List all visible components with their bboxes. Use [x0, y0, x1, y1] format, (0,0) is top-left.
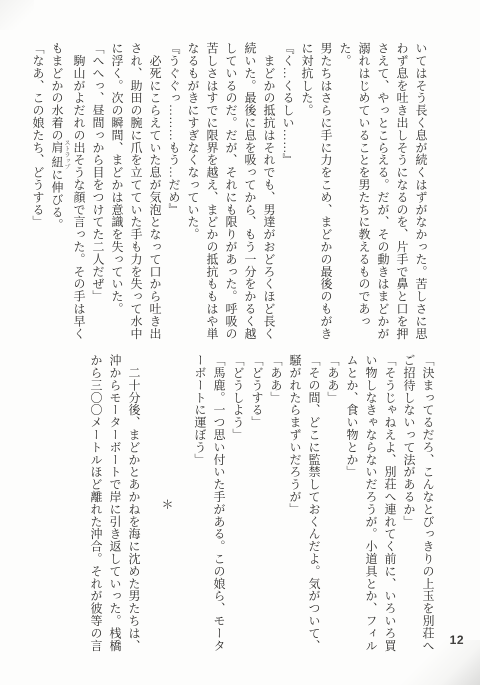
dialogue-line: 「どうする」 — [247, 354, 266, 654]
text-line: から三〇〇メートルほど離れた沖合。それが彼等の言 — [86, 354, 105, 654]
ruby-base-text: 肩紐 — [50, 140, 64, 170]
dialogue-bottom-block: 「決まってるだろ、こんなとびっきりの上玉を別荘へ ご招待しないって法があるか」 … — [86, 354, 437, 654]
text-line: に浮く。次の瞬間、まどかは意識を失っていた。 — [107, 42, 126, 350]
dialogue-line: い物しなきゃならないだろうが。小道具とか、フィル — [361, 354, 380, 654]
dialogue-line: 「どうしよう」 — [228, 354, 247, 654]
text-line: 溺れはじめていることを男たちに教えるものであった。 — [335, 42, 373, 350]
dialogue-line: 「その間、どこに監禁しておくんだよ。気がついて、 — [304, 354, 323, 654]
text-line: わず息を吐き出しそうになるのを、片手で鼻と口を押 — [392, 42, 411, 350]
text-line: 沖からモーターボートで岸に引き返していった。桟橋 — [105, 354, 124, 654]
furigana-text: ストラップ — [63, 140, 69, 170]
dialogue-line: 「なあ、この娘たち、どうする」 — [28, 42, 47, 350]
dialogue-line: ーボートに運ぼう」 — [190, 354, 209, 654]
scan-smudge — [0, 0, 34, 30]
ruby-annotation: 肩紐ストラップ — [50, 141, 64, 168]
dialogue-line: 「ああ」 — [266, 354, 285, 654]
scanned-page: いてはそう長く息が続くはずがなかった。苦しさに思 わず息を吐き出しそうになるのを… — [0, 0, 480, 685]
text-line: 二十分後、まどかとあかねを海に沈めた男たちは、 — [124, 354, 143, 654]
text-line: 駒山がよだれの出そうな顔で言った。その手は早く — [69, 42, 88, 350]
narrative-top-block: いてはそう長く息が続くはずがなかった。苦しさに思 わず息を吐き出しそうになるのを… — [28, 42, 430, 350]
text-line: され、助田の腕に爪を立てていた手も力を失って水中 — [126, 42, 145, 350]
text-line: 男たちはさらに手に力をこめ、まどかの最後のもがき — [316, 42, 335, 350]
text-line: なるもがきにすぎなくなっていた。 — [183, 42, 202, 350]
text-line-with-ruby: もまどかの水着の肩紐ストラップに伸びる。 — [47, 42, 69, 350]
text-line: に対抗した。 — [297, 42, 316, 350]
text-line: まどかの抵抗はそれでも、男達がおどろくほど長く — [259, 42, 278, 350]
text-line: 必死にこらえていた息が気泡となって口から吐き出 — [145, 42, 164, 350]
ruby-after-text: に伸びる。 — [50, 169, 64, 231]
dialogue-line: 「へへっ、昼間っから目をつけてた二人だぜ」 — [88, 42, 107, 350]
dialogue-line: 「ああ」 — [323, 354, 342, 654]
dialogue-line: ムとか、食い物とか」 — [342, 354, 361, 654]
dialogue-line: 「馬鹿。一つ思い付いた手がある。この娘ら、モータ — [209, 354, 228, 654]
dialogue-line: 『うぐぐっ………もう…だめ』 — [164, 42, 183, 350]
text-line: 苦しさはすでに限界を越え、まどかの抵抗ももはや単 — [202, 42, 221, 350]
ruby-before-text: もまどかの水着の — [50, 42, 64, 141]
dialogue-line: ご招待しないって法があるか」 — [399, 354, 418, 654]
text-line: 続いた。最後に息を吸ってから、もう一分をかるく越 — [240, 42, 259, 350]
dialogue-line: 『く…くるしい……』 — [278, 42, 297, 350]
dialogue-line: 「決まってるだろ、こんなとびっきりの上玉を別荘へ — [418, 354, 437, 654]
text-line: いてはそう長く息が続くはずがなかった。苦しさに思 — [411, 42, 430, 350]
text-line: さえて、やっとこらえる。だが、その動きはまどかが — [373, 42, 392, 350]
dialogue-line: 騒がれたらまずいだろうが」 — [285, 354, 304, 654]
dialogue-line: 「そうじゃねえよ、別荘へ連れてく前に、いろいろ買 — [380, 354, 399, 654]
text-line: しているのだ。だが、それにも限りがあった。呼吸の — [221, 42, 240, 350]
section-break-asterisk: ＊ — [157, 354, 176, 654]
page-number: 12 — [450, 633, 464, 647]
